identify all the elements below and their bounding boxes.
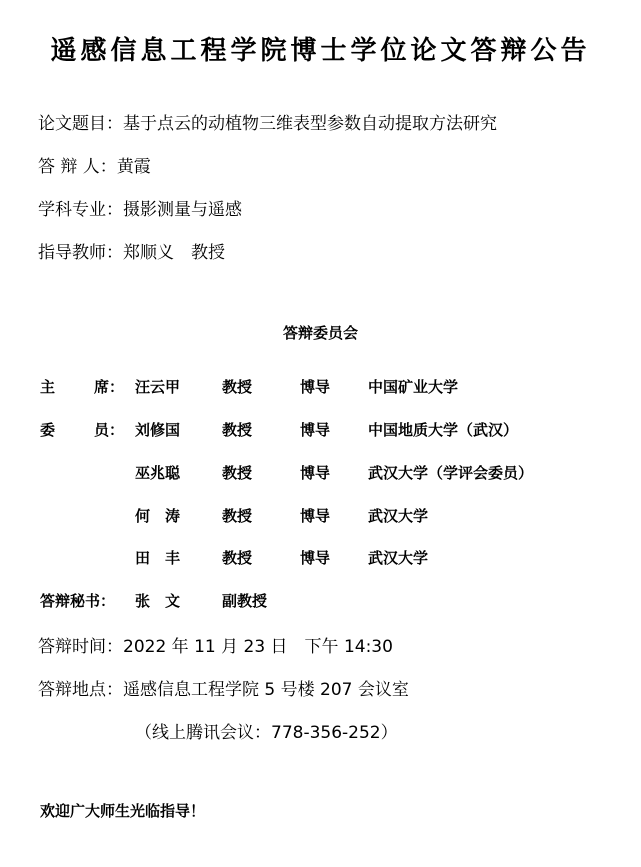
member-advisor: 博导 [300, 505, 330, 526]
welcome-message: 欢迎广大师生光临指导！ [40, 800, 205, 821]
candidate-label: 答 辩 人： [38, 157, 117, 177]
member-org: 中国地质大学（武汉） [368, 419, 518, 440]
member-advisor: 博导 [300, 462, 330, 483]
member-name: 田 丰 [135, 547, 180, 568]
place-label: 答辩地点： [38, 680, 123, 700]
major-label: 学科专业： [38, 200, 123, 220]
member-org: 武汉大学 [368, 547, 428, 568]
member-advisor: 博导 [300, 419, 330, 440]
secretary-title: 副教授 [222, 590, 267, 611]
time-value: 2022 年 11 月 23 日 下午 14:30 [123, 637, 393, 657]
time-label: 答辩时间： [38, 637, 123, 657]
major-value: 摄影测量与遥感 [123, 200, 242, 220]
candidate-line: 答 辩 人：黄霞 [38, 152, 151, 177]
candidate-value: 黄霞 [117, 157, 151, 177]
member-title: 教授 [222, 505, 252, 526]
supervisor-line: 指导教师：郑顺义 教授 [38, 238, 225, 263]
supervisor-value: 郑顺义 教授 [123, 243, 225, 263]
thesis-value: 基于点云的动植物三维表型参数自动提取方法研究 [123, 114, 497, 134]
member-advisor: 博导 [300, 547, 330, 568]
member-advisor: 博导 [300, 376, 330, 397]
secretary-name: 张 文 [135, 590, 180, 611]
member-name: 汪云甲 [135, 376, 180, 397]
member-org: 武汉大学 [368, 505, 428, 526]
role-char-2: 员： [94, 419, 124, 440]
member-title: 教授 [222, 547, 252, 568]
member-title: 教授 [222, 376, 252, 397]
role-char-1: 委 [40, 419, 55, 440]
member-title: 教授 [222, 462, 252, 483]
place-value: 遥感信息工程学院 5 号楼 207 会议室 [123, 680, 409, 700]
role-char-1: 主 [40, 376, 55, 397]
page-title: 遥感信息工程学院博士学位论文答辩公告 [0, 30, 641, 67]
defense-time-line: 答辩时间：2022 年 11 月 23 日 下午 14:30 [38, 632, 393, 657]
major-line: 学科专业：摄影测量与遥感 [38, 195, 242, 220]
role-char-2: 席： [94, 376, 124, 397]
member-name: 何 涛 [135, 505, 180, 526]
supervisor-label: 指导教师： [38, 243, 123, 263]
member-title: 教授 [222, 419, 252, 440]
member-name: 刘修国 [135, 419, 180, 440]
thesis-label: 论文题目： [38, 114, 123, 134]
secretary-label: 答辩秘书： [40, 590, 115, 611]
member-org: 中国矿业大学 [368, 376, 458, 397]
online-meeting-line: （线上腾讯会议：778-356-252） [135, 718, 398, 743]
defense-place-line: 答辩地点：遥感信息工程学院 5 号楼 207 会议室 [38, 675, 409, 700]
committee-heading: 答辩委员会 [0, 322, 641, 343]
thesis-title-line: 论文题目：基于点云的动植物三维表型参数自动提取方法研究 [38, 109, 497, 134]
member-name: 巫兆聪 [135, 462, 180, 483]
member-org: 武汉大学（学评会委员） [368, 462, 533, 483]
